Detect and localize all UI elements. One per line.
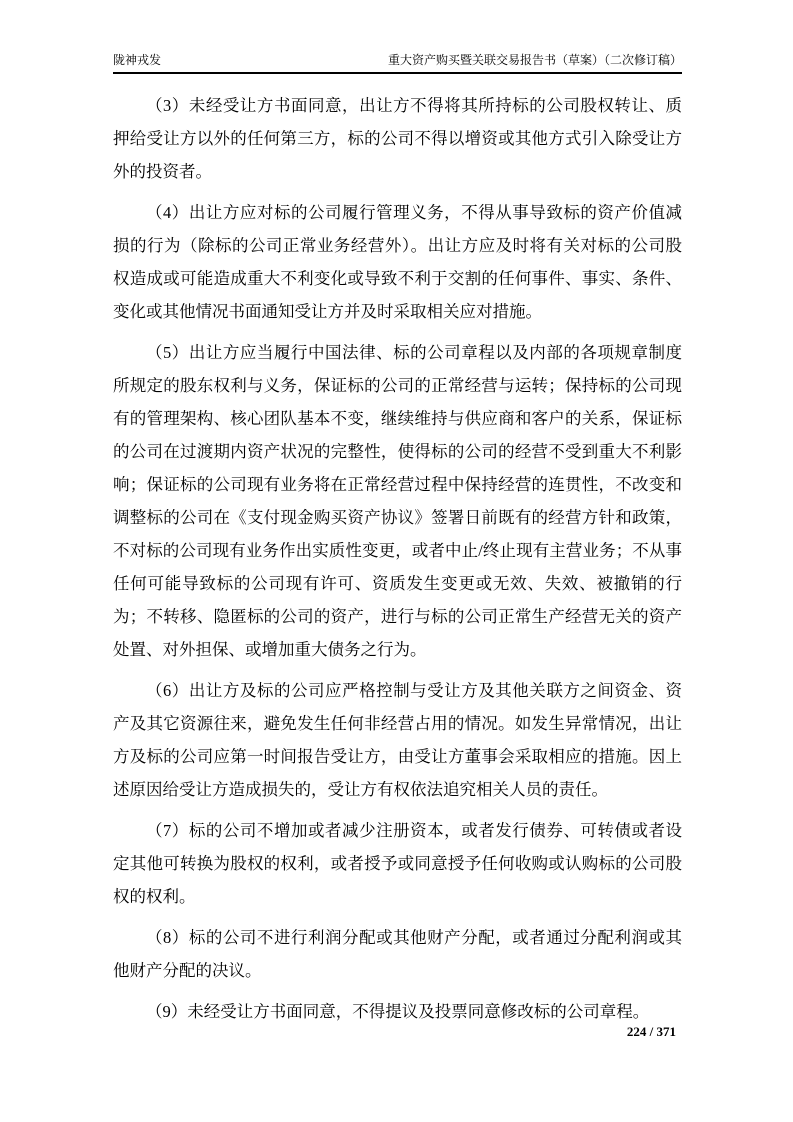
page-number: 224 / 371: [627, 1023, 676, 1040]
header-company-name: 陇神戎发: [113, 52, 161, 68]
body-paragraph: （9）未经受让方书面同意，不得提议及投票同意修改标的公司章程。: [113, 995, 682, 1028]
body-paragraph: （8）标的公司不进行利润分配或其他财产分配，或者通过分配利润或其他财产分配的决议…: [113, 921, 682, 987]
document-body: （3）未经受让方书面同意，出让方不得将其所持标的公司股权转让、质押给受让方以外的…: [113, 89, 682, 1036]
body-paragraph: （5）出让方应当履行中国法律、标的公司章程以及内部的各项规章制度所规定的股东权利…: [113, 336, 682, 666]
body-paragraph: （6）出让方及标的公司应严格控制与受让方及其他关联方之间资金、资产及其它资源往来…: [113, 674, 682, 806]
body-paragraph: （7）标的公司不增加或者减少注册资本，或者发行债券、可转债或者设定其他可转换为股…: [113, 814, 682, 913]
body-paragraph: （3）未经受让方书面同意，出让方不得将其所持标的公司股权转让、质押给受让方以外的…: [113, 89, 682, 188]
page-header: 陇神戎发 重大资产购买暨关联交易报告书（草案）（二次修订稿）: [113, 52, 682, 74]
body-paragraph: （4）出让方应对标的公司履行管理义务，不得从事导致标的资产价值减损的行为（除标的…: [113, 196, 682, 328]
document-page: 陇神戎发 重大资产购买暨关联交易报告书（草案）（二次修订稿） （3）未经受让方书…: [0, 0, 793, 1122]
header-document-title: 重大资产购买暨关联交易报告书（草案）（二次修订稿）: [388, 52, 682, 68]
